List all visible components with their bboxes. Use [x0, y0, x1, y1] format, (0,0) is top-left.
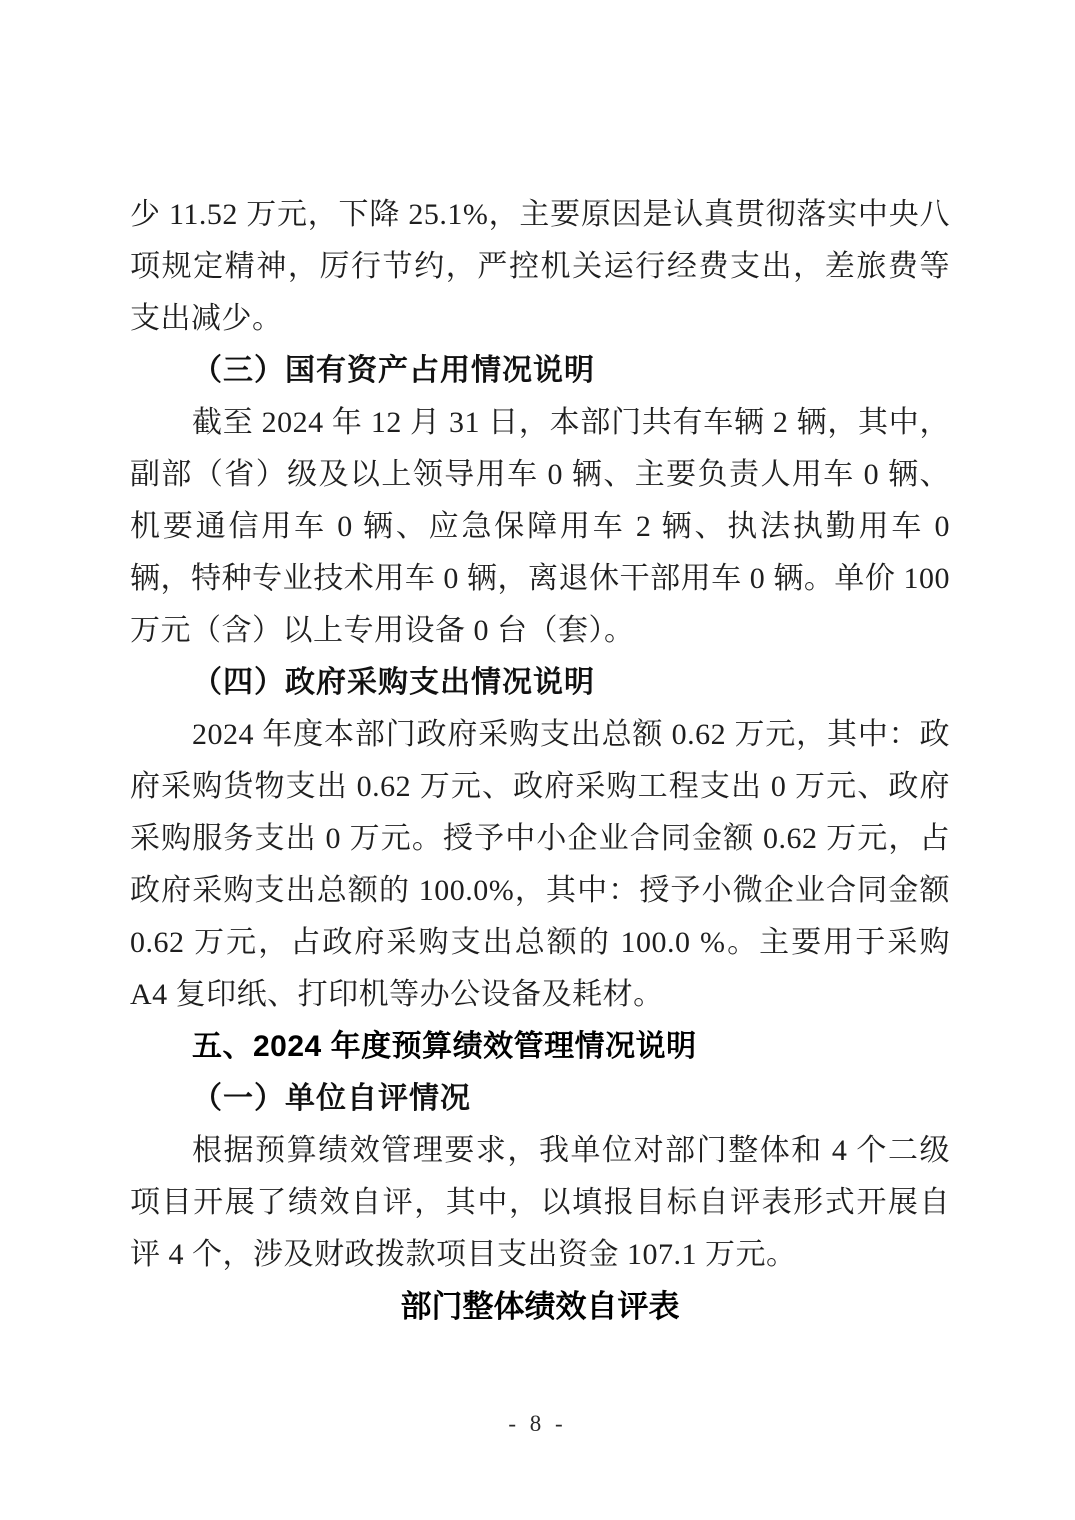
table-title-overall-performance: 部门整体绩效自评表: [130, 1281, 950, 1333]
heading-performance-management: 五、2024 年度预算绩效管理情况说明: [130, 1021, 950, 1073]
page-number: - 8 -: [0, 1410, 1075, 1438]
heading-self-evaluation: （一）单位自评情况: [130, 1073, 950, 1125]
heading-state-assets: （三）国有资产占用情况说明: [130, 345, 950, 397]
paragraph-state-assets: 截至 2024 年 12 月 31 日，本部门共有车辆 2 辆，其中，副部（省）…: [130, 397, 950, 657]
document-page: 少 11.52 万元，下降 25.1%，主要原因是认真贯彻落实中央八项规定精神，…: [0, 0, 1075, 1520]
heading-gov-procurement: （四）政府采购支出情况说明: [130, 657, 950, 709]
paragraph-gov-procurement: 2024 年度本部门政府采购支出总额 0.62 万元，其中：政府采购货物支出 0…: [130, 709, 950, 1021]
paragraph-expense-reduction: 少 11.52 万元，下降 25.1%，主要原因是认真贯彻落实中央八项规定精神，…: [130, 189, 950, 345]
page-body: 少 11.52 万元，下降 25.1%，主要原因是认真贯彻落实中央八项规定精神，…: [130, 189, 950, 1333]
paragraph-self-evaluation: 根据预算绩效管理要求，我单位对部门整体和 4 个二级项目开展了绩效自评，其中，以…: [130, 1125, 950, 1281]
